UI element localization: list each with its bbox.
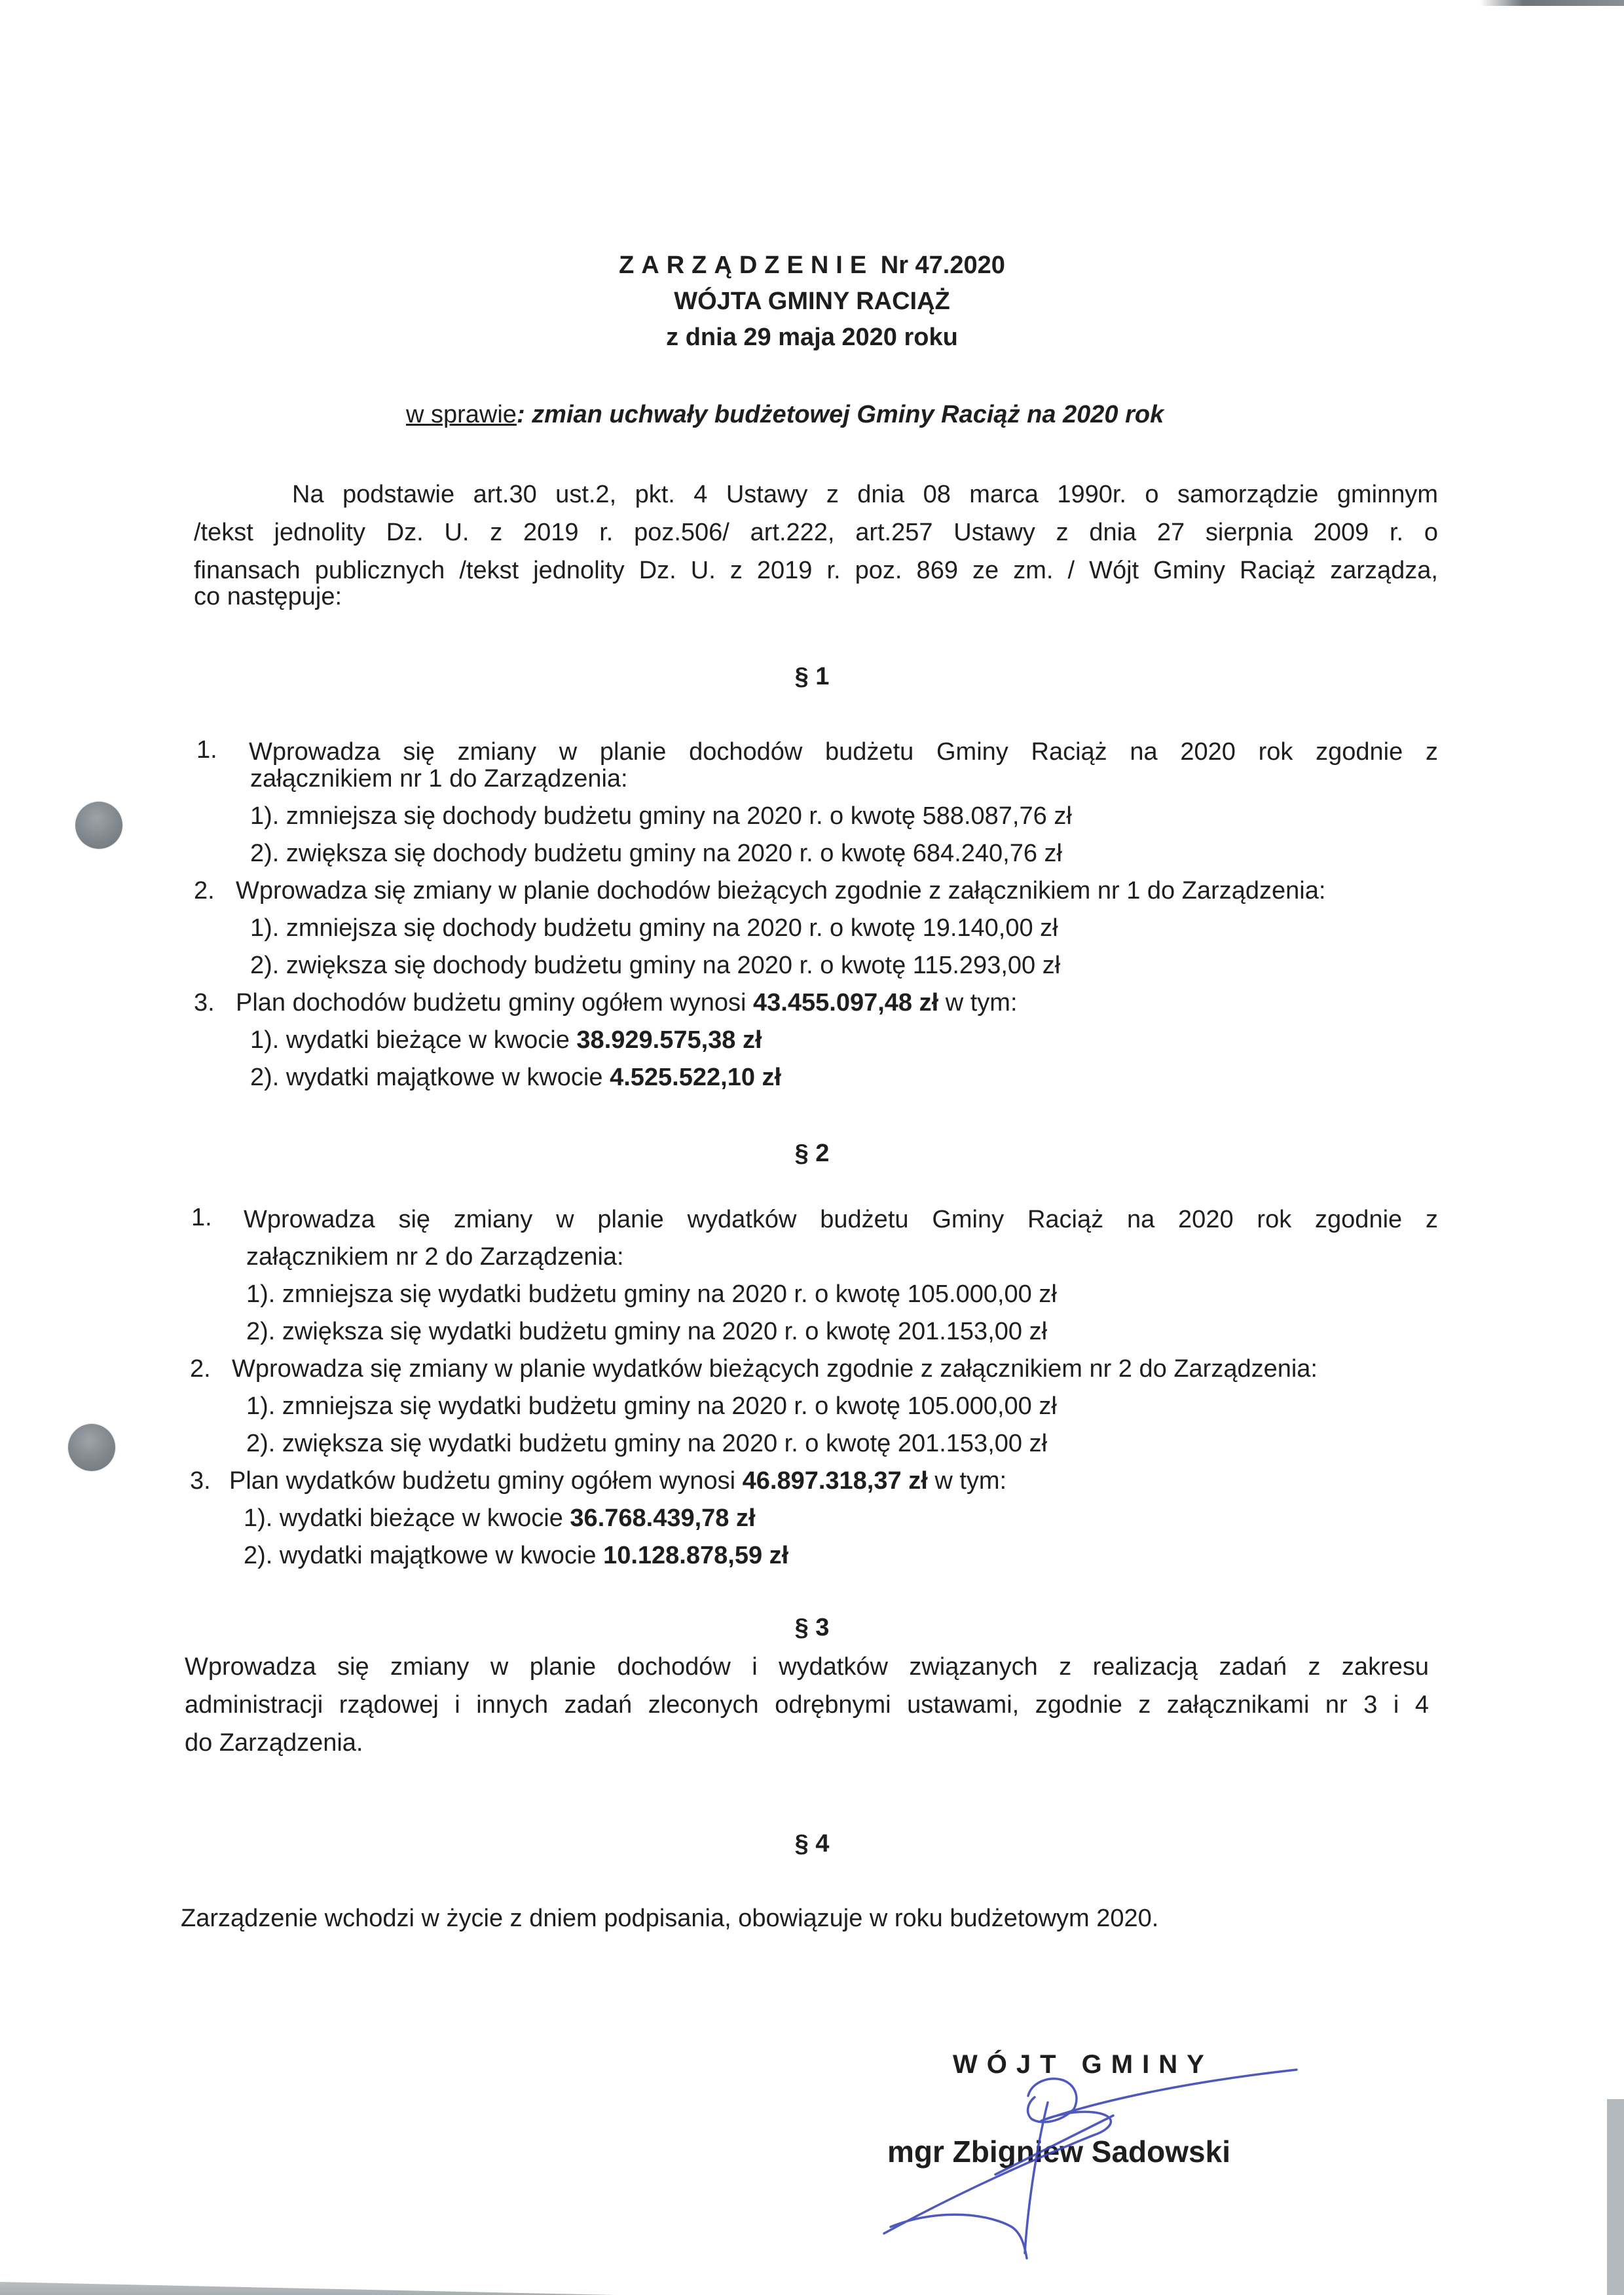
preamble-line: co następuje: <box>194 583 342 611</box>
total-label: Plan wydatków budżetu gminy ogółem wynos… <box>229 1467 743 1495</box>
sub-item: 2). zwiększa się dochody budżetu gminy n… <box>250 840 1062 868</box>
document-title: ZARZĄDZENIE Nr 47.2020 <box>0 252 1624 280</box>
section-mark-3: § 3 <box>0 1614 1624 1642</box>
issuer: WÓJTA GMINY RACIĄŻ <box>0 288 1624 316</box>
title-word: ZARZĄDZENIE <box>619 252 874 279</box>
sub-item: 2). wydatki majątkowe w kwocie 10.128.87… <box>244 1542 788 1570</box>
sub-item: 1). zmniejsza się dochody budżetu gminy … <box>250 802 1072 830</box>
total-amount: 43.455.097,48 zł <box>753 989 938 1017</box>
preamble-line: /tekst jednolity Dz. U. z 2019 r. poz.50… <box>194 519 1438 547</box>
total-amount: 46.897.318,37 zł <box>743 1467 928 1495</box>
section-4-text: Zarządzenie wchodzi w życie z dniem podp… <box>181 1905 1158 1933</box>
item-text: Plan wydatków budżetu gminy ogółem wynos… <box>229 1467 1006 1495</box>
section-3-text: administracji rządowej i innych zadań zl… <box>185 1691 1429 1719</box>
punch-hole-icon <box>68 1424 115 1471</box>
sub-label: 1). wydatki bieżące w kwocie <box>244 1504 570 1532</box>
preamble-line: Na podstawie art.30 ust.2, pkt. 4 Ustawy… <box>292 481 1438 509</box>
sub-label: 2). wydatki majątkowe w kwocie <box>244 1542 603 1569</box>
item-text: załącznikiem nr 2 do Zarządzenia: <box>246 1243 624 1271</box>
preamble-line: finansach publicznych /tekst jednolity D… <box>194 557 1438 585</box>
section-mark-1: § 1 <box>0 663 1624 691</box>
sub-item: 1). wydatki bieżące w kwocie 38.929.575,… <box>250 1026 762 1054</box>
sub-item: 2). zwiększa się dochody budżetu gminy n… <box>250 952 1060 980</box>
subject-line: w sprawie: zmian uchwały budżetowej Gmin… <box>406 401 1164 429</box>
sub-item: 1). zmniejsza się wydatki budżetu gminy … <box>246 1392 1057 1421</box>
item-text: Plan dochodów budżetu gminy ogółem wynos… <box>236 989 1018 1017</box>
section-3-text: Wprowadza się zmiany w planie dochodów i… <box>185 1653 1429 1681</box>
handwritten-signature-icon <box>877 2037 1336 2273</box>
item-text: Wprowadza się zmiany w planie wydatków b… <box>232 1355 1318 1383</box>
section-mark-4: § 4 <box>0 1830 1624 1858</box>
sub-item: 1). wydatki bieżące w kwocie 36.768.439,… <box>244 1504 756 1533</box>
item-text: Wprowadza się zmiany w planie dochodów b… <box>249 738 1438 766</box>
sub-item: 2). zwiększa się wydatki budżetu gminy n… <box>246 1430 1047 1458</box>
item-number: 3. <box>194 989 215 1017</box>
item-number: 1. <box>196 736 217 764</box>
scan-edge-bottom <box>0 2282 616 2295</box>
sub-amount: 38.929.575,38 zł <box>576 1026 762 1054</box>
subject-colon: : <box>517 401 525 428</box>
sub-item: 2). wydatki majątkowe w kwocie 4.525.522… <box>250 1064 781 1092</box>
sub-label: 1). wydatki bieżące w kwocie <box>250 1026 576 1054</box>
section-3-text: do Zarządzenia. <box>185 1729 363 1757</box>
item-number: 1. <box>191 1204 212 1232</box>
item-text: załącznikiem nr 1 do Zarządzenia: <box>250 765 628 793</box>
sub-amount: 36.768.439,78 zł <box>570 1504 755 1532</box>
sub-item: 1). zmniejsza się dochody budżetu gminy … <box>250 914 1058 942</box>
sub-amount: 10.128.878,59 zł <box>603 1542 788 1569</box>
sub-item: 1). zmniejsza się wydatki budżetu gminy … <box>246 1280 1057 1309</box>
sub-amount: 4.525.522,10 zł <box>610 1064 781 1091</box>
item-text: Wprowadza się zmiany w planie dochodów b… <box>236 877 1325 905</box>
subject-topic: zmian uchwały budżetowej Gminy Raciąż na… <box>532 401 1164 428</box>
document-date: z dnia 29 maja 2020 roku <box>0 324 1624 352</box>
subject-lead: w sprawie <box>406 401 517 428</box>
total-suffix: w tym: <box>938 989 1017 1017</box>
scan-edge-right <box>1607 2099 1624 2295</box>
total-suffix: w tym: <box>928 1467 1006 1495</box>
item-text: Wprowadza się zmiany w planie wydatków b… <box>244 1206 1438 1234</box>
item-number: 2. <box>194 877 215 905</box>
sub-label: 2). wydatki majątkowe w kwocie <box>250 1064 610 1091</box>
scan-edge-top <box>1480 0 1624 6</box>
item-number: 2. <box>190 1355 211 1383</box>
punch-hole-icon <box>75 802 122 849</box>
section-mark-2: § 2 <box>0 1140 1624 1168</box>
document-number: Nr 47.2020 <box>881 252 1005 279</box>
sub-item: 2). zwiększa się wydatki budżetu gminy n… <box>246 1318 1047 1346</box>
total-label: Plan dochodów budżetu gminy ogółem wynos… <box>236 989 753 1017</box>
item-number: 3. <box>190 1467 211 1495</box>
